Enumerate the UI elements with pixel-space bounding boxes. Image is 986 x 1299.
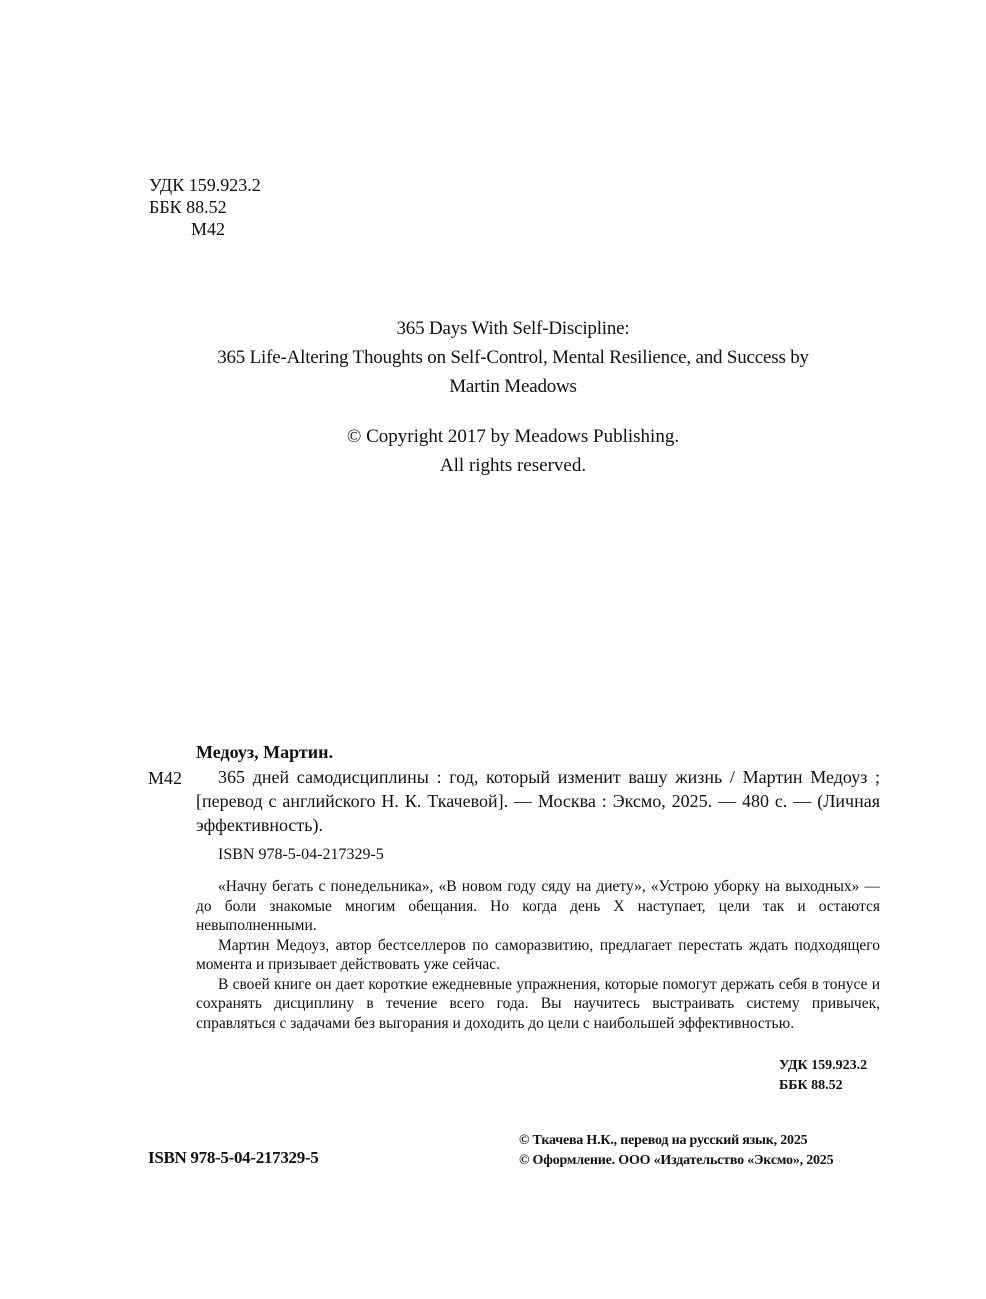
udk-code-bottom: УДК 159.923.2 <box>779 1056 867 1076</box>
catalog-author-heading: Медоуз, Мартин. <box>196 741 333 763</box>
catalog-description: 365 дней самодисциплины : год, который и… <box>196 765 880 837</box>
catalog-description-text: 365 дней самодисциплины : год, который и… <box>196 765 880 837</box>
original-copyright-line: © Copyright 2017 by Meadows Publishing. <box>0 422 986 451</box>
annotation-paragraph: «Начну бегать с понедельника», «В новом … <box>196 877 880 936</box>
bbk-code: ББК 88.52 <box>149 196 261 218</box>
author-mark: М42 <box>149 218 261 240</box>
design-rights: © Оформление. ООО «Издательство «Эксмо»,… <box>519 1151 833 1171</box>
translation-rights: © Ткачева Н.К., перевод на русский язык,… <box>519 1131 833 1151</box>
footer-isbn: ISBN 978-5-04-217329-5 <box>148 1148 318 1168</box>
original-title-block: 365 Days With Self-Discipline: 365 Life-… <box>0 314 986 401</box>
original-copyright-block: © Copyright 2017 by Meadows Publishing. … <box>0 422 986 480</box>
annotation: «Начну бегать с понедельника», «В новом … <box>196 877 880 1033</box>
original-author: Martin Meadows <box>0 372 986 401</box>
classification-block-bottom: УДК 159.923.2 ББК 88.52 <box>779 1056 867 1096</box>
footer-rights-block: © Ткачева Н.К., перевод на русский язык,… <box>519 1131 833 1171</box>
catalog-isbn: ISBN 978-5-04-217329-5 <box>218 845 384 865</box>
bbk-code-bottom: ББК 88.52 <box>779 1076 867 1096</box>
catalog-author-mark: М42 <box>148 767 182 789</box>
original-rights-line: All rights reserved. <box>0 451 986 480</box>
original-title-line-2: 365 Life-Altering Thoughts on Self-Contr… <box>0 343 986 372</box>
classification-block-top: УДК 159.923.2 ББК 88.52 М42 <box>149 174 261 240</box>
annotation-paragraph: Мартин Медоуз, автор бестселлеров по сам… <box>196 936 880 975</box>
original-title-line-1: 365 Days With Self-Discipline: <box>0 314 986 343</box>
annotation-paragraph: В своей книге он дает короткие ежедневны… <box>196 975 880 1034</box>
udk-code: УДК 159.923.2 <box>149 174 261 196</box>
